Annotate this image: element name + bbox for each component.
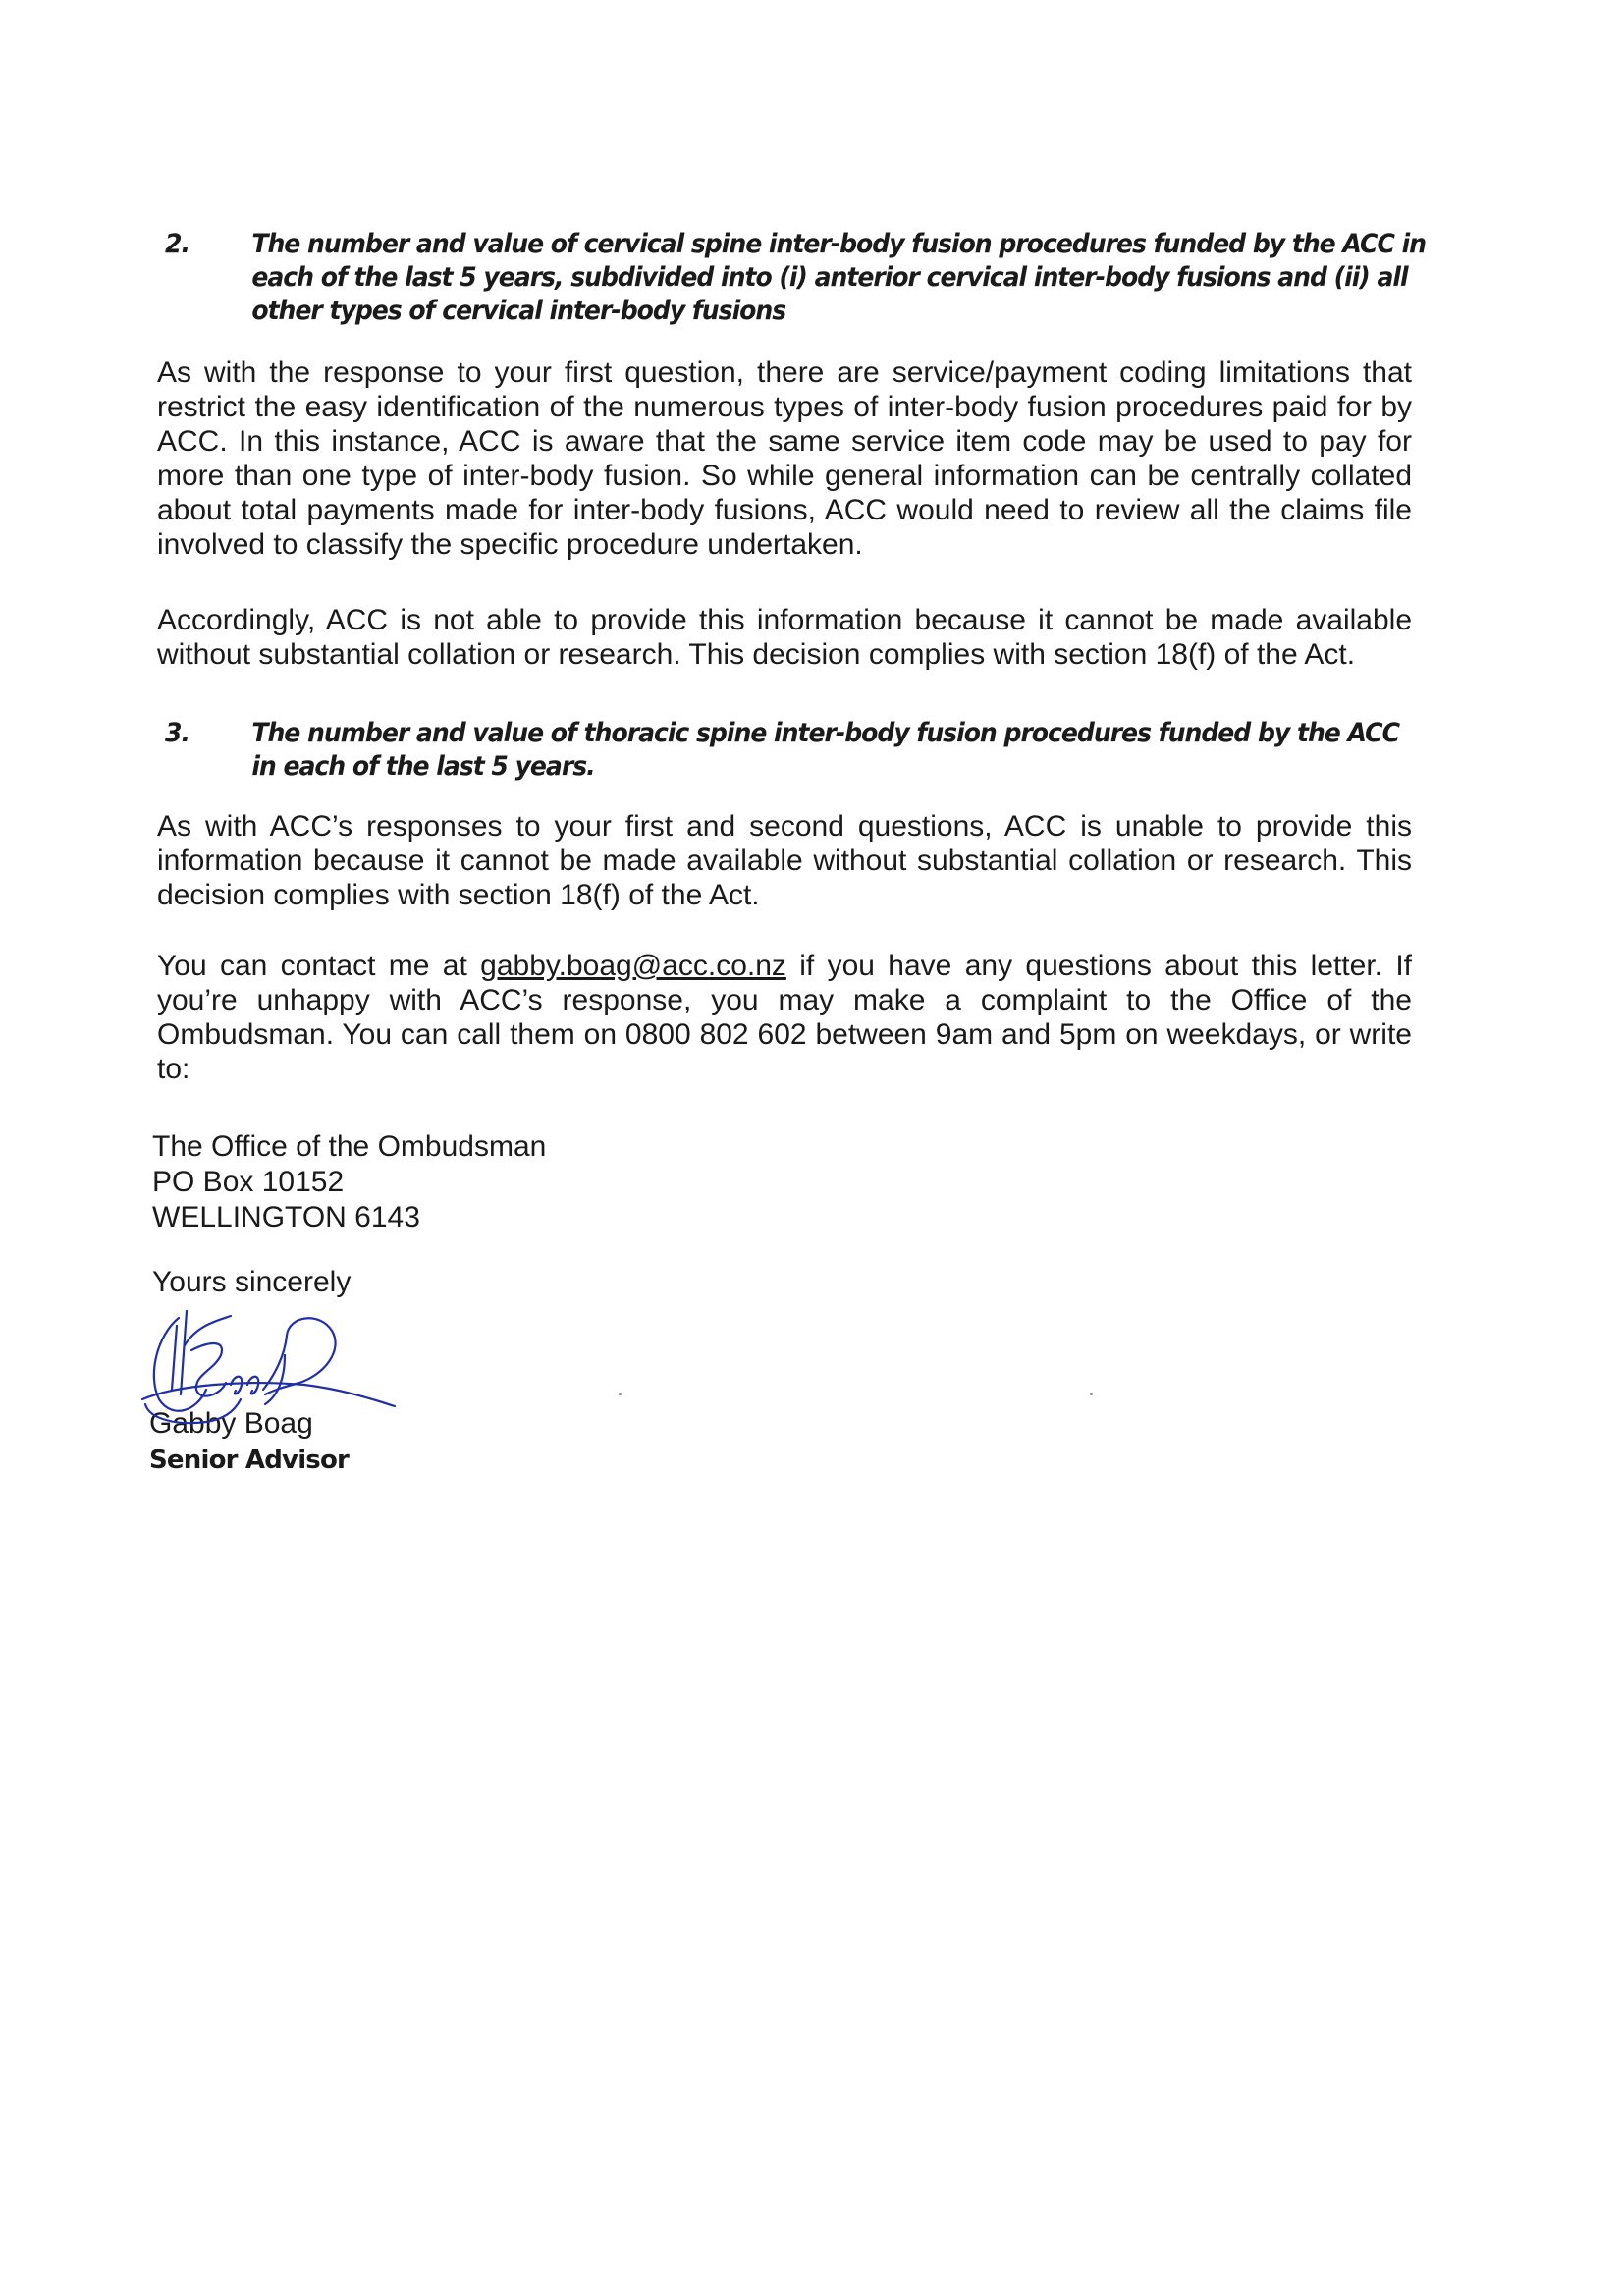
- question-2-number: 2.: [165, 228, 189, 261]
- address-line-1: The Office of the Ombudsman: [152, 1129, 546, 1164]
- question-3-text: The number and value of thoracic spine i…: [251, 717, 1430, 784]
- address-line-3: WELLINGTON 6143: [152, 1200, 420, 1234]
- closing: Yours sincerely: [152, 1265, 351, 1299]
- answer-3-paragraph-1: As with ACC’s responses to your first an…: [157, 809, 1412, 912]
- signature-icon: [137, 1296, 432, 1444]
- signatory-title: Senior Advisor: [149, 1444, 349, 1477]
- contact-prefix: You can contact me at: [157, 950, 480, 982]
- email-link[interactable]: gabby.boag@acc.co.nz: [480, 950, 786, 982]
- question-2-text: The number and value of cervical spine i…: [251, 228, 1430, 328]
- address-line-2: PO Box 10152: [152, 1165, 344, 1199]
- question-3-number: 3.: [165, 717, 189, 750]
- letter-page: 2. The number and value of cervical spin…: [0, 0, 1623, 2296]
- scan-speck: [1090, 1393, 1093, 1395]
- answer-2-paragraph-1: As with the response to your first quest…: [157, 355, 1412, 562]
- contact-paragraph: You can contact me at gabby.boag@acc.co.…: [157, 949, 1412, 1086]
- answer-2-paragraph-2: Accordingly, ACC is not able to provide …: [157, 603, 1412, 672]
- scan-speck: [619, 1393, 622, 1395]
